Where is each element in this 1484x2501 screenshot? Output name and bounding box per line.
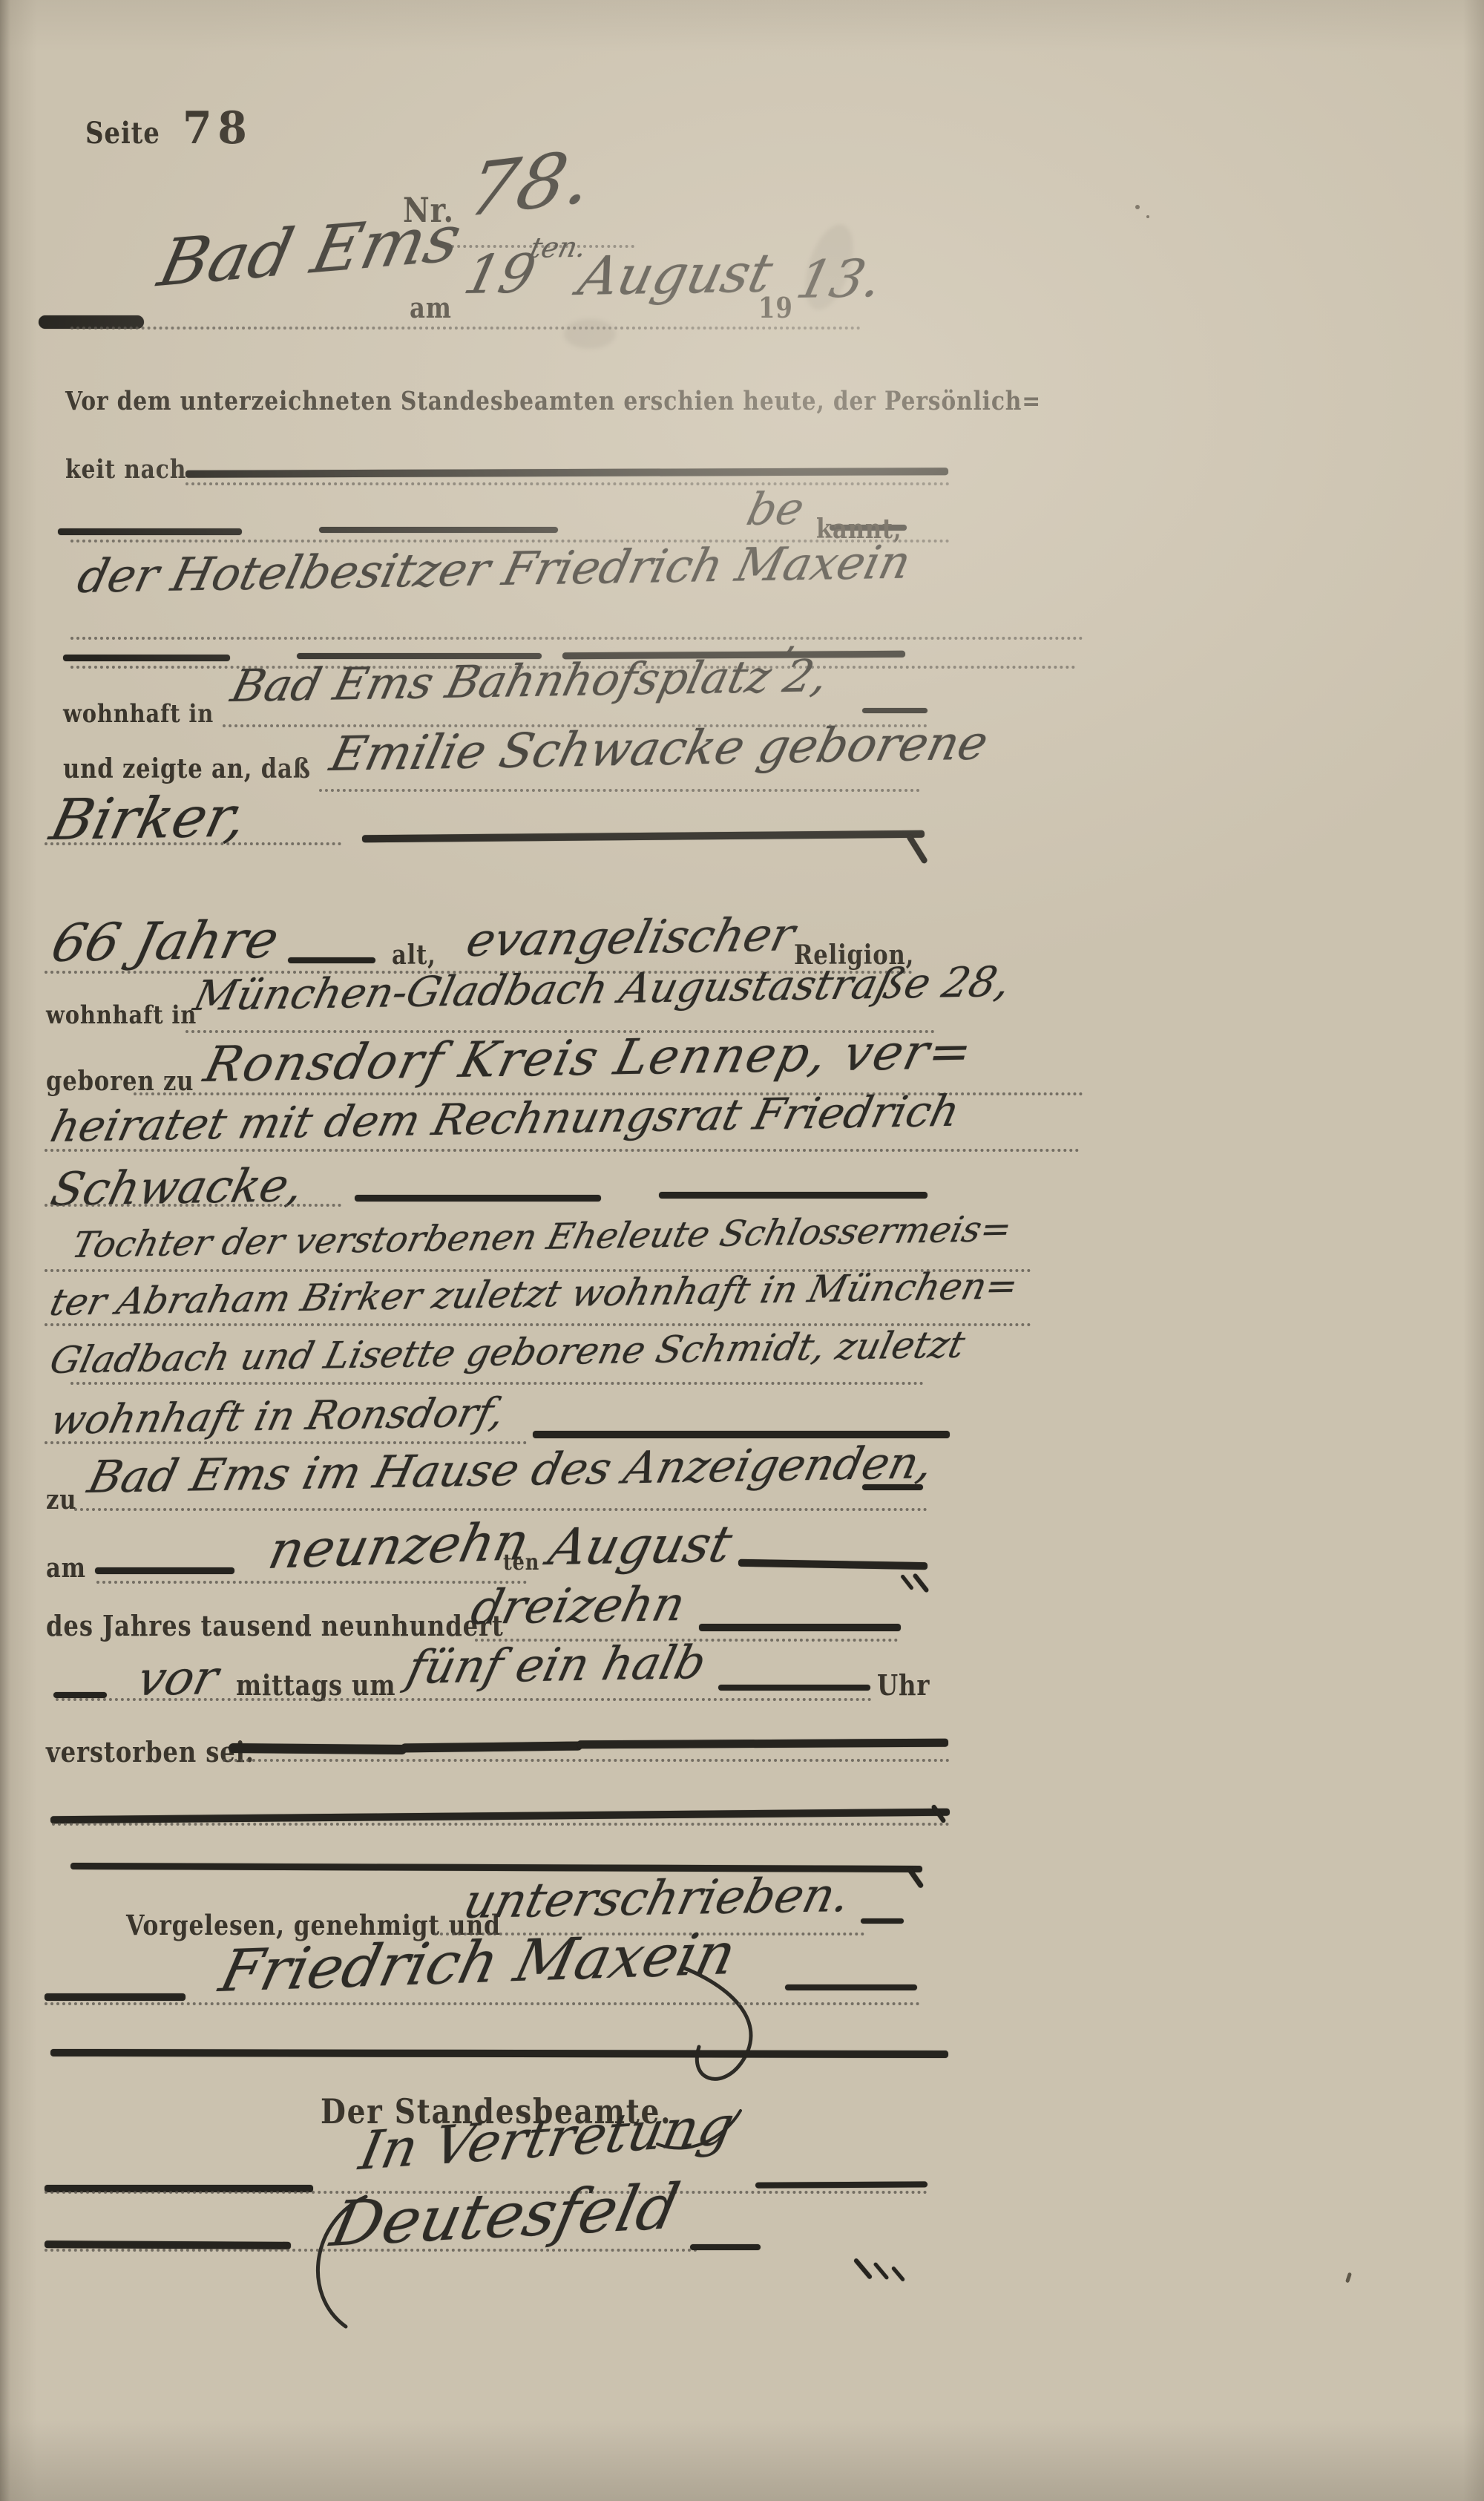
dotted-rule <box>45 1204 341 1207</box>
inserted-be-handwritten: be <box>742 483 809 536</box>
am-label: am <box>410 291 452 324</box>
ink-strikethrough <box>185 468 948 478</box>
ink-dash <box>861 1918 904 1924</box>
declarant-residence: Bad Ems Bahnhofsplatz 2, <box>226 650 833 712</box>
dotted-rule <box>96 1581 527 1584</box>
record-day-suffix: ten. <box>527 231 590 264</box>
deceased-religion: evangelischer <box>462 907 800 967</box>
intro-line1: Vor dem unterzeichneten Standesbeamten e… <box>65 386 1041 416</box>
paper-smudge <box>564 319 616 349</box>
ink-dash <box>862 1484 923 1490</box>
ink-strikethrough <box>659 1192 927 1199</box>
paper-speck <box>1345 2272 1352 2284</box>
paper-speck <box>1146 215 1149 218</box>
dotted-rule <box>45 1441 527 1444</box>
ink-strikethrough <box>355 1195 601 1202</box>
page-number: 78 <box>183 102 253 154</box>
dotted-rule <box>70 327 861 330</box>
record-month: August <box>573 242 778 307</box>
parents-line1: Tochter der verstorbenen Eheleute Schlos… <box>68 1208 1016 1266</box>
zu-label: zu <box>46 1484 76 1515</box>
death-place: Bad Ems im Hause des Anzeigenden, <box>83 1437 938 1504</box>
alt-label: alt, <box>392 940 436 971</box>
ink-strikethrough <box>319 527 558 533</box>
dotted-rule <box>45 2002 920 2005</box>
uhr-label: Uhr <box>877 1668 930 1702</box>
ink-fringe <box>873 2262 890 2281</box>
dotted-rule <box>52 1823 950 1826</box>
dotted-rule <box>70 637 1083 640</box>
ink-dash <box>95 1567 234 1574</box>
announce-label: und zeigte an, daß <box>63 753 311 784</box>
ten-label: ten <box>503 1550 539 1576</box>
ink-fringe <box>853 2258 873 2280</box>
dotted-rule <box>45 842 341 845</box>
ink-fringe <box>900 1574 914 1590</box>
parents-line4: wohnhaft in Ronsdorf, <box>46 1389 509 1443</box>
ink-fringe <box>912 1573 929 1593</box>
year-line-label: des Jahres tausend neunhundert <box>46 1609 504 1642</box>
registrar-signature: Deutesfeld <box>325 2170 686 2261</box>
death-time: fünf ein halb <box>402 1635 712 1694</box>
ink-dash <box>690 2244 761 2250</box>
page-label: Seite <box>85 116 160 151</box>
parents-line3: Gladbach und Lisette geborene Schmidt, z… <box>46 1323 969 1382</box>
dotted-rule <box>223 1759 950 1762</box>
ink-strikethrough <box>63 655 230 661</box>
dotted-rule <box>74 1508 927 1511</box>
ink-strikethrough-full <box>50 1809 950 1824</box>
death-day: neunzehn <box>263 1511 535 1581</box>
ink-fringe <box>891 2266 905 2282</box>
ink-strikethrough <box>401 1742 582 1753</box>
ink-strikethrough <box>229 1743 407 1754</box>
dotted-rule <box>56 1698 872 1701</box>
year-printed: 19 <box>758 291 793 324</box>
ink-strikethrough <box>362 830 925 843</box>
ink-dash <box>785 1984 917 1990</box>
dotted-rule <box>185 482 950 485</box>
deceased-name: Emilie Schwacke geborene <box>325 716 993 782</box>
closing-handwritten: unterschrieben. <box>459 1868 856 1930</box>
dotted-rule <box>45 1149 1080 1152</box>
parents-line2: ter Abraham Birker zuletzt wohnhaft in M… <box>46 1264 1022 1324</box>
dotted-rule <box>319 789 920 792</box>
dotted-rule <box>45 2249 697 2252</box>
ink-strikethrough-full <box>50 2049 948 2058</box>
deceased-birthplace: Ronsdorf Kreis Lennep, ver= <box>199 1023 979 1093</box>
ink-dash <box>45 1993 185 2001</box>
verstorben-label: verstorben sei. <box>46 1735 255 1769</box>
deceased-age: 66 Jahre <box>46 909 284 974</box>
ink-strikethrough <box>699 1624 901 1631</box>
paper-speck <box>1135 205 1140 209</box>
am-label-2: am <box>46 1553 86 1584</box>
ink-strikethrough <box>577 1739 948 1749</box>
ink-strikethrough <box>738 1559 927 1570</box>
intro-line2: keit nach <box>65 454 186 485</box>
ink-dash <box>718 1685 870 1691</box>
dotted-rule <box>70 1382 924 1385</box>
entry-number-handwritten: 78. <box>462 133 599 234</box>
wohnhaft-label-2: wohnhaft in <box>46 1000 197 1030</box>
ink-dash <box>755 2181 927 2188</box>
ink-dash <box>862 708 927 713</box>
death-month: August <box>543 1515 738 1577</box>
signature-flourish <box>668 1956 831 2097</box>
death-year: dreizehn <box>466 1577 690 1636</box>
death-register-page: Seite 78 Nr. 78. Bad Ems am 19 ten. Augu… <box>0 0 1484 2501</box>
deceased-residence: München-Gladbach Augustastraße 28, <box>189 958 1015 1020</box>
record-place: Bad Ems <box>152 200 468 301</box>
wohnhaft-label: wohnhaft in <box>63 699 214 729</box>
spouse-surname: Schwacke, <box>46 1158 309 1216</box>
ink-dash <box>288 957 375 963</box>
ink-hook <box>906 833 928 865</box>
ink-strikethrough <box>58 528 242 535</box>
declarant-name: der Hotelbesitzer Friedrich Maxein <box>73 535 916 603</box>
mittags-label: mittags um <box>236 1668 395 1702</box>
ink-dash <box>53 1692 107 1698</box>
